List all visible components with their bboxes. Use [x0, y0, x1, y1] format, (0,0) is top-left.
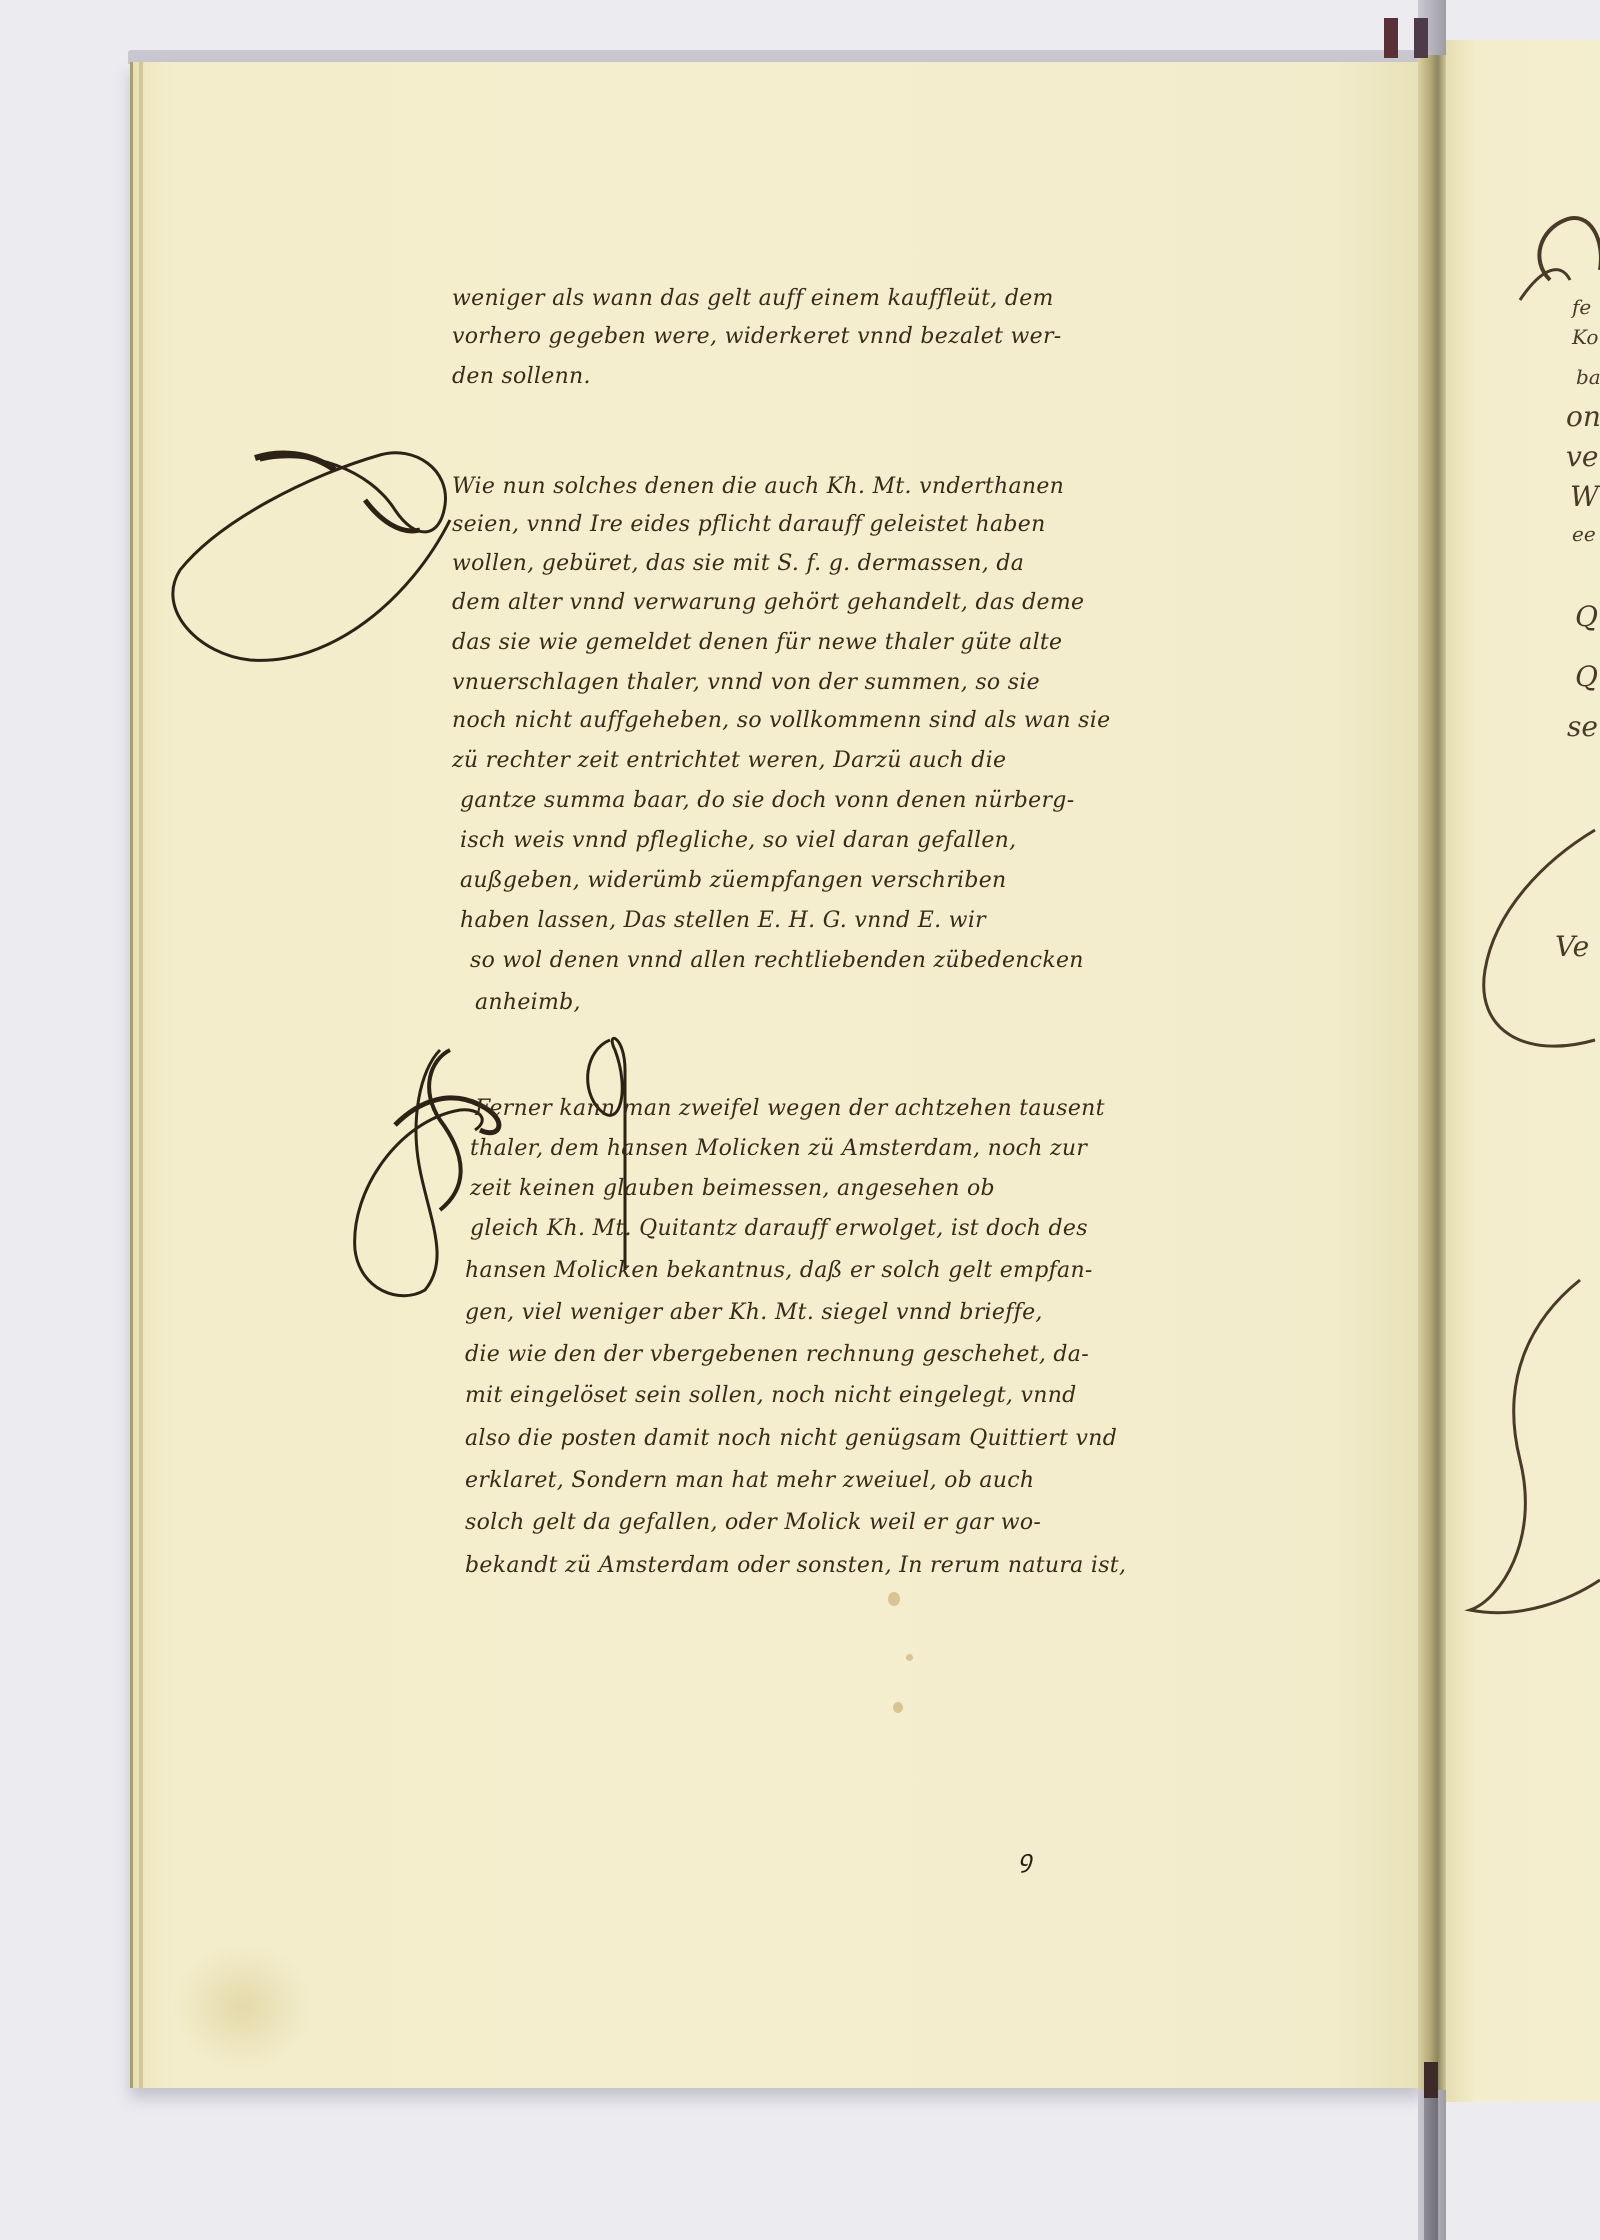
paper-spot [893, 1702, 903, 1713]
right-page-text: Q [1575, 600, 1598, 633]
left-manuscript-page [130, 62, 1423, 2088]
bookmark-ribbon [1424, 2062, 1438, 2098]
right-page-text: Ko [1572, 325, 1598, 349]
right-page-text: se [1567, 710, 1598, 743]
text-line: also die posten damit noch nicht genügsa… [465, 1428, 1117, 1450]
right-page-text: fe [1572, 295, 1591, 319]
right-page-text: ba [1576, 365, 1600, 389]
catchword-mark: ꝯ [1018, 1842, 1032, 1875]
text-line: das sie wie gemeldet denen für newe thal… [452, 632, 1062, 654]
text-line: bekandt zü Amsterdam oder sonsten, In re… [465, 1555, 1126, 1577]
text-line: Wie nun solches denen die auch Kh. Mt. v… [452, 476, 1064, 498]
right-page-text: ee [1572, 522, 1596, 546]
text-line: gleich Kh. Mt. Quitantz darauff erwolget… [470, 1218, 1088, 1240]
text-line: so wol denen vnnd allen rechtliebenden z… [470, 950, 1084, 972]
text-line: den sollenn. [452, 366, 591, 388]
water-stain [173, 1942, 313, 2072]
right-page-text: Ve [1555, 930, 1589, 963]
text-line: hansen Molicken bekantnus, daß er solch … [465, 1260, 1093, 1282]
text-line: isch weis vnnd pflegliche, so viel daran… [460, 830, 1016, 852]
decorated-initial-d [160, 430, 460, 670]
right-page-text: on [1566, 400, 1600, 433]
text-line: wollen, gebüret, das sie mit S. f. g. de… [452, 553, 1024, 575]
text-line: Ferner kann man zweifel wegen der achtze… [475, 1098, 1105, 1120]
text-line: thaler, dem hansen Molicken zü Amsterdam… [470, 1138, 1087, 1160]
text-line: erklaret, Sondern man hat mehr zweiuel, … [465, 1470, 1034, 1492]
spine-gutter [1418, 55, 1446, 2090]
paper-spot [888, 1592, 900, 1606]
text-line: vorhero gegeben were, widerkeret vnnd be… [452, 326, 1062, 348]
right-page-text: Q [1575, 660, 1598, 693]
text-line: seien, vnnd Ire eides pflicht darauff ge… [452, 514, 1046, 536]
text-line: noch nicht auffgeheben, so vollkommenn s… [452, 710, 1110, 732]
text-line: die wie den der vbergebenen rechnung ges… [465, 1344, 1089, 1366]
text-line: anheimb, [475, 992, 581, 1014]
text-line: zü rechter zeit entrichtet weren, Darzü … [452, 750, 1006, 772]
text-line: gen, viel weniger aber Kh. Mt. siegel vn… [465, 1302, 1043, 1324]
right-page-text: W [1570, 480, 1599, 513]
right-page-text: ve [1566, 440, 1598, 473]
right-page-initial [1510, 190, 1600, 310]
text-line: zeit keinen glauben beimessen, angesehen… [470, 1178, 995, 1200]
paper-spot [906, 1654, 913, 1661]
text-line: haben lassen, Das stellen E. H. G. vnnd … [460, 910, 986, 932]
text-line: dem alter vnnd verwarung gehört gehandel… [452, 592, 1084, 614]
bookmark-ribbon [1414, 18, 1428, 58]
spine-bottom [1424, 2098, 1438, 2240]
right-page-initial [1460, 1260, 1600, 1640]
text-line: weniger als wann das gelt auff einem kau… [452, 288, 1054, 310]
page-edge [139, 62, 143, 2088]
text-line: vnuerschlagen thaler, vnnd von der summe… [452, 672, 1040, 694]
text-line: solch gelt da gefallen, oder Molick weil… [465, 1512, 1041, 1534]
text-line: gantze summa baar, do sie doch vonn dene… [460, 790, 1074, 812]
bookmark-ribbon [1384, 18, 1398, 58]
text-line: außgeben, widerümb züempfangen verschrib… [460, 870, 1007, 892]
text-line: mit eingelöset sein sollen, noch nicht e… [465, 1385, 1077, 1407]
